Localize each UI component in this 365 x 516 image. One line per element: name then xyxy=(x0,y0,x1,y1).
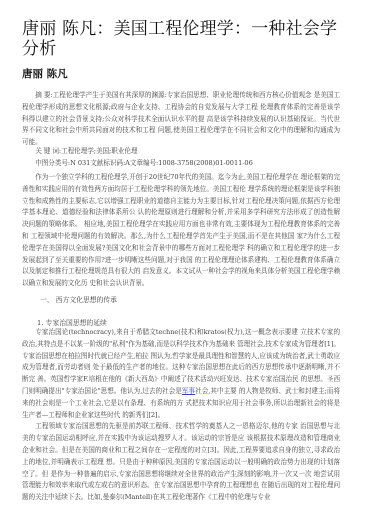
keywords-block: 关 键 词:工程伦理学;美国;职业伦理 中图分类号:N 031文献标识码:A文章… xyxy=(22,146,340,170)
intro-paragraph: 作为一个独立学科的工程伦理学,开创于20世纪70年代的美国。迄今为止,美国工程伦… xyxy=(22,172,340,290)
paragraph-text-before-link: 专家治国论(technocracy),来自于希腊文techne(技术)和krat… xyxy=(22,328,340,395)
classification-text: 中图分类号:N 031文献标识码:A文章编号:1008-3758(2008)01… xyxy=(22,158,340,170)
abstract-text: 摘 要:工程伦理学产生于美国有其深厚的渊源:专家治国思想、职业伦理传统和西方核心… xyxy=(22,90,340,149)
author-line: 唐丽 陈凡 xyxy=(22,66,68,81)
section-heading: 一、 西方文化思想的传承 xyxy=(40,294,117,304)
technocracy-paragraph: 专家治国论(technocracy),来自于希腊文techne(技术)和krat… xyxy=(22,327,340,421)
intro-section: 作为一个独立学科的工程伦理学,开创于20世纪70年代的美国。迄今为止,美国工程伦… xyxy=(22,172,340,290)
abstract-block: 摘 要:工程伦理学产生于美国有其深厚的渊源:专家治国思想、职业伦理传统和西方核心… xyxy=(22,90,340,149)
document-title: 唐丽 陈凡：美国工程伦理学：一种社会学分析 xyxy=(22,19,342,59)
body-section: 专家治国论(technocracy),来自于希腊文techne(技术)和krat… xyxy=(22,327,340,504)
keywords-text: 关 键 词:工程伦理学;美国;职业伦理 xyxy=(22,146,340,158)
military-link[interactable]: 军事 xyxy=(182,387,195,395)
subsection-heading: 1. 专家治国思想的延续 xyxy=(37,317,107,327)
engineering-technocracy-paragraph: 工程领域专家治国思想的先驱是前苏联工程师、技术哲学的奠基人之一恩格迈尔,他的专家… xyxy=(22,421,340,504)
